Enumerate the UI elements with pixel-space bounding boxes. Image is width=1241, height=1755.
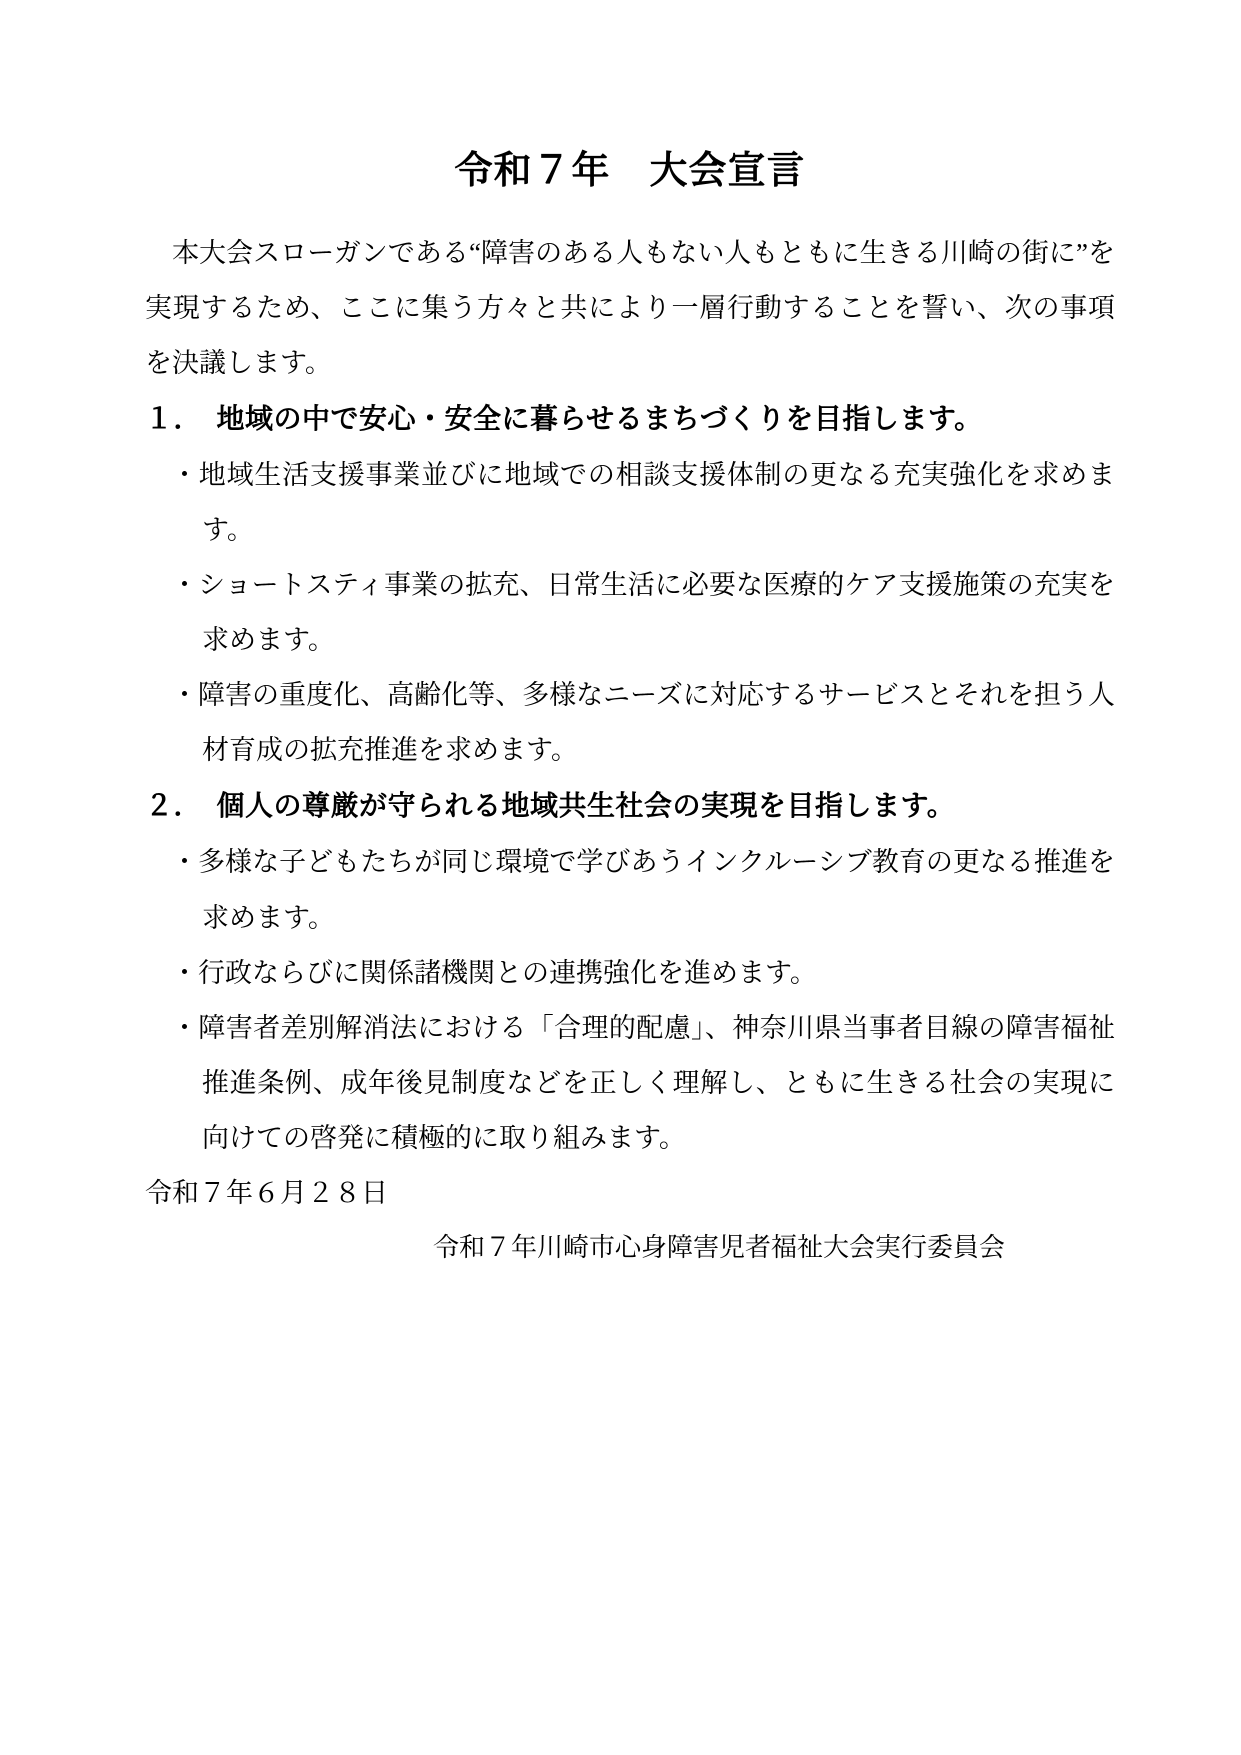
- bullet-text: 地域生活支援事業並びに地域での相談支援体制の更なる充実強化を求めます。: [199, 460, 1115, 545]
- section-2-bullet-list: ・多様な子どもたちが同じ環境で学びあうインクルーシブ教育の更なる推進を求めます。…: [145, 835, 1115, 1165]
- bullet-item: ・地域生活支援事業並びに地域での相談支援体制の更なる充実強化を求めます。: [145, 448, 1115, 558]
- intro-paragraph: 本大会スローガンである“障害のある人もない人もともに生きる川崎の街に”を実現する…: [145, 226, 1115, 391]
- section-2-heading: ２． 個人の尊厳が守られる地域共生社会の実現を目指します。: [145, 778, 1115, 835]
- bullet-marker: ・: [171, 460, 199, 490]
- signature-line: 令和７年川崎市心身障害児者福祉大会実行委員会: [145, 1221, 1115, 1274]
- bullet-text: 障害者差別解消法における「合理的配慮」、神奈川県当事者目線の障害福祉推進条例、成…: [198, 1013, 1115, 1153]
- bullet-marker: ・: [171, 1013, 198, 1043]
- document-title: 令和７年 大会宣言: [145, 148, 1115, 196]
- bullet-text: 多様な子どもたちが同じ環境で学びあうインクルーシブ教育の更なる推進を求めます。: [198, 847, 1115, 932]
- bullet-item: ・多様な子どもたちが同じ環境で学びあうインクルーシブ教育の更なる推進を求めます。: [145, 835, 1115, 945]
- section-1-bullet-list: ・地域生活支援事業並びに地域での相談支援体制の更なる充実強化を求めます。 ・ショ…: [145, 448, 1115, 778]
- bullet-item: ・行政ならびに関係諸機関との連携強化を進めます。: [145, 946, 1115, 1001]
- bullet-text: 障害の重度化、高齢化等、多様なニーズに対応するサービスとそれを担う人材育成の拡充…: [198, 680, 1115, 765]
- bullet-item: ・障害者差別解消法における「合理的配慮」、神奈川県当事者目線の障害福祉推進条例、…: [145, 1001, 1115, 1166]
- bullet-text: 行政ならびに関係諸機関との連携強化を進めます。: [198, 958, 817, 988]
- bullet-item: ・ショートスティ事業の拡充、日常生活に必要な医療的ケア支援施策の充実を求めます。: [145, 558, 1115, 668]
- bullet-marker: ・: [171, 847, 198, 877]
- bullet-marker: ・: [171, 958, 198, 988]
- bullet-marker: ・: [171, 680, 198, 710]
- bullet-item: ・障害の重度化、高齢化等、多様なニーズに対応するサービスとそれを担う人材育成の拡…: [145, 668, 1115, 778]
- bullet-text: ショートスティ事業の拡充、日常生活に必要な医療的ケア支援施策の充実を求めます。: [198, 570, 1115, 655]
- document-page: 令和７年 大会宣言 本大会スローガンである“障害のある人もない人もともに生きる川…: [0, 0, 1241, 1755]
- bullet-marker: ・: [171, 570, 198, 600]
- date-line: 令和７年６月２８日: [145, 1166, 1115, 1221]
- section-1-heading: １． 地域の中で安心・安全に暮らせるまちづくりを目指します。: [145, 391, 1115, 448]
